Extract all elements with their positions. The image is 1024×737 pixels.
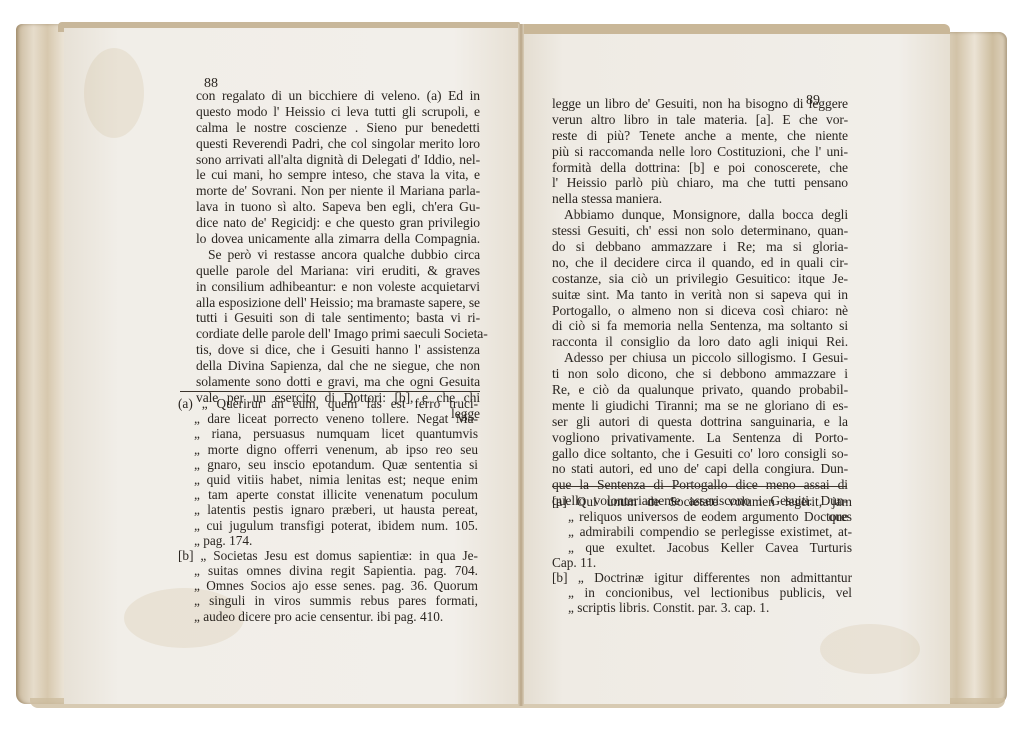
footnote-b: [b] „ Doctrinæ igitur differentes non ad… <box>552 570 852 616</box>
footnote-line: „ suitas omnes divina regit Sapientia. p… <box>178 563 478 578</box>
text-line: quelle parole del Mariana: viri eruditi,… <box>196 263 480 279</box>
footnote-line: [b] „ Societas Jesu est domus sapientiæ:… <box>178 548 478 563</box>
text-line: mente li giudichi Tiranni; ma se ne glor… <box>552 398 848 414</box>
text-line: suitæ sint. Ma tanto in verità non si sa… <box>552 287 848 303</box>
footnote-line: „ que exultet. Jacobus Keller Cavea Turt… <box>552 540 852 555</box>
footnote-line: „ latentis pestis ignaro præberi, ut hau… <box>178 502 478 517</box>
footnote-b: [b] „ Societas Jesu est domus sapientiæ:… <box>178 548 478 624</box>
footnote-rule-left <box>180 391 480 392</box>
text-line: con regalato di un bicchiere di veleno. … <box>196 88 480 104</box>
text-line: tis, dove si dice, che i Gesuiti hanno l… <box>196 342 480 358</box>
footnote-a: (a) „ Querirur an eum, quem fas est ferr… <box>178 396 478 548</box>
text-line: tutti i Gesuiti son di tale sentimento; … <box>196 310 480 326</box>
text-line: solamente sono dotti e gravi, ma che ogn… <box>196 374 480 390</box>
text-line: Adesso per chiusa un piccolo sillogismo.… <box>552 350 848 366</box>
text-line: l' Heissio parlò più chiaro, ma che tutt… <box>552 175 848 191</box>
text-line: alla esposizione dell' Heissio; ma brama… <box>196 295 480 311</box>
text-line: questi Reverendi Padri, che col singolar… <box>196 136 480 152</box>
footnote-line: „ Omnes Socios ajo esse senes. pag. 36. … <box>178 578 478 593</box>
text-line: Se però vi restasse ancora qualche dubbi… <box>196 247 480 263</box>
right-page-footnotes: [a] Qui unum de Societate volumen legeri… <box>552 494 852 616</box>
footnote-line: „ dare liceat porrecto veneno tollere. N… <box>178 411 478 426</box>
text-line: nella stessa maniera. <box>552 191 848 207</box>
book-spine <box>518 24 524 706</box>
text-line: morte de' Sovrani. Non per niente il Mar… <box>196 183 480 199</box>
footnote-line: „ admirabili compendio se perlegisse exi… <box>552 524 852 539</box>
text-line: della Divina Sapienza, dal che ne siegue… <box>196 358 480 374</box>
footnote-line: „ morte digno offerri venenum, ab ipso r… <box>178 442 478 457</box>
footnote-line: „ reliquos universos de eodem argumento … <box>552 509 852 524</box>
footnote-line: „ quid vitiis habet, nimia lenitas est; … <box>178 472 478 487</box>
footnote-a: [a] Qui unum de Societate volumen legeri… <box>552 494 852 570</box>
text-line: Abbiamo dunque, Monsignore, dalla bocca … <box>552 207 848 223</box>
text-line: ti non solo dicono, che si debbono ammaz… <box>552 366 848 382</box>
footnote-line: „ cui jugulum transfigi poterat, ibidem … <box>178 518 478 533</box>
text-line: gallo dice soltanto, che i Gesuiti co' l… <box>552 446 848 462</box>
right-page-body: legge un libro de' Gesuiti, non ha bisog… <box>552 96 848 525</box>
text-line: ser gli autori di questa dottrina sangui… <box>552 414 848 430</box>
footnote-line: „ singuli in viros summis rebus pares fo… <box>178 593 478 608</box>
text-line: Portogallo, o almeno non si diceva così … <box>552 303 848 319</box>
text-line: lo dovea unicamente alla zimarra della C… <box>196 231 480 247</box>
footnote-line: Cap. 11. <box>552 555 852 570</box>
footnote-line: [a] Qui unum de Societate volumen legeri… <box>552 494 852 509</box>
footnote-line: (a) „ Querirur an eum, quem fas est ferr… <box>178 396 478 411</box>
text-line: di ciò si fa memoria nella Sentenza, ma … <box>552 318 848 334</box>
footnote-line: „ tam aperte constat illicite venenatum … <box>178 487 478 502</box>
open-book: 88 con regalato di un bicchiere di velen… <box>0 0 1024 737</box>
text-line: Re, e ciò da qualunque privato, quando p… <box>552 382 848 398</box>
footnote-rule-right <box>552 486 847 487</box>
text-line: formità della dottrina: [b] e poi conosc… <box>552 160 848 176</box>
text-line: legge un libro de' Gesuiti, non ha bisog… <box>552 96 848 112</box>
footnote-line: [b] „ Doctrinæ igitur differentes non ad… <box>552 570 852 585</box>
text-line: costanze, sia ciò un privilegio Gesuitic… <box>552 271 848 287</box>
left-page-body: con regalato di un bicchiere di veleno. … <box>196 88 480 422</box>
text-line: sono arrivati all'alta dignità di Delega… <box>196 152 480 168</box>
text-line: verun altro libro in tale materia. [a]. … <box>552 112 848 128</box>
text-line: no, che il decidere circa il quando, ed … <box>552 255 848 271</box>
footnote-line: „ pag. 174. <box>178 533 478 548</box>
text-line: vogliono privativamente. La Sentenza di … <box>552 430 848 446</box>
footnote-line: „ in concionibus, vel lectionibus public… <box>552 585 852 600</box>
text-line: stessi Gesuiti, ch' essi non solo determ… <box>552 223 848 239</box>
text-line: le cui mani, ho sempre inteso, che stava… <box>196 167 480 183</box>
footnote-line: „ riana, persuasus numquam licet quantum… <box>178 426 478 441</box>
footnote-line: „ audeo dicere pro acie censentur. ibi p… <box>178 609 478 624</box>
text-line: racconta il consiglio da loro dato agli … <box>552 334 848 350</box>
text-line: cordiate delle parole dell' Imago primi … <box>196 326 480 342</box>
text-line: in consilium adhibeantur: e non voleste … <box>196 279 480 295</box>
text-line: calma le nostre coscienze . Sieno pur be… <box>196 120 480 136</box>
text-line: do si debbano ammazzare i Re; ma si glor… <box>552 239 848 255</box>
text-line: questo modo l' Heissio ci leva tutti gli… <box>196 104 480 120</box>
footnote-line: „ scriptis libris. Constit. par. 3. cap.… <box>552 600 852 615</box>
text-line: dice nato de' Regicidj: e che questo gra… <box>196 215 480 231</box>
text-line: lava in tuono sì alto. Sapeva ben egli, … <box>196 199 480 215</box>
left-page-footnotes: (a) „ Querirur an eum, quem fas est ferr… <box>178 396 478 624</box>
text-line: più si raccomanda nelle loro Costituzion… <box>552 144 848 160</box>
text-line: no stati autori, ed uno de' capi della c… <box>552 461 848 477</box>
text-line: reste di più? Tenete anche a mente, che … <box>552 128 848 144</box>
footnote-line: „ gnaro, seu inscio epotandum. Quæ sente… <box>178 457 478 472</box>
